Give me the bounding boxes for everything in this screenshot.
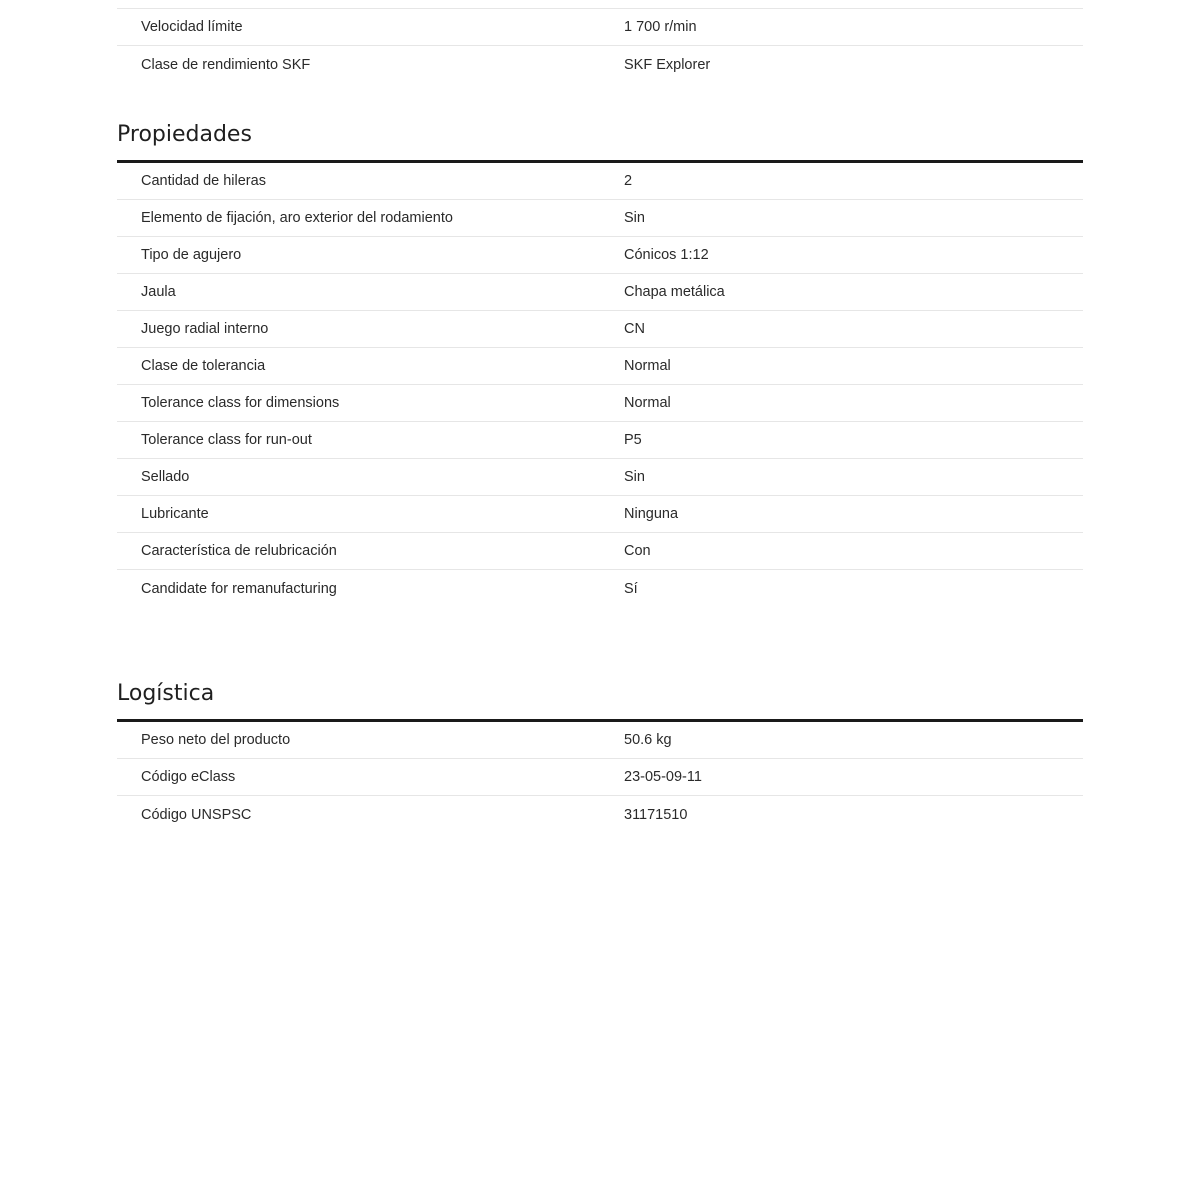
spec-label: Característica de relubricación bbox=[117, 543, 624, 559]
spec-label: Clase de rendimiento SKF bbox=[117, 57, 624, 73]
table-row: Peso neto del producto 50.6 kg bbox=[117, 722, 1083, 759]
spec-label: Tolerance class for run-out bbox=[117, 432, 624, 448]
spec-value: CN bbox=[624, 321, 1083, 337]
spec-value: SKF Explorer bbox=[624, 57, 1083, 73]
spec-label: Candidate for remanufacturing bbox=[117, 581, 624, 597]
section-title-logistica: Logística bbox=[117, 681, 214, 706]
table-row: Clase de rendimiento SKF SKF Explorer bbox=[117, 46, 1083, 83]
table-row: Tolerance class for dimensions Normal bbox=[117, 385, 1083, 422]
table-row: Característica de relubricación Con bbox=[117, 533, 1083, 570]
spec-value: Sin bbox=[624, 469, 1083, 485]
spec-value: 31171510 bbox=[624, 807, 1083, 823]
spec-label: Jaula bbox=[117, 284, 624, 300]
spec-value: Sin bbox=[624, 210, 1083, 226]
spec-value: Sí bbox=[624, 581, 1083, 597]
spec-label: Clase de tolerancia bbox=[117, 358, 624, 374]
table-row: Clase de tolerancia Normal bbox=[117, 348, 1083, 385]
table-row: Tipo de agujero Cónicos 1:12 bbox=[117, 237, 1083, 274]
spec-value: 1 700 r/min bbox=[624, 19, 1083, 35]
table-row: Cantidad de hileras 2 bbox=[117, 163, 1083, 200]
table-row: Código eClass 23-05-09-11 bbox=[117, 759, 1083, 796]
table-row: Juego radial interno CN bbox=[117, 311, 1083, 348]
spec-value: Cónicos 1:12 bbox=[624, 247, 1083, 263]
spec-label: Cantidad de hileras bbox=[117, 173, 624, 189]
spec-label: Código UNSPSC bbox=[117, 807, 624, 823]
spec-label: Tipo de agujero bbox=[117, 247, 624, 263]
spec-value: Chapa metálica bbox=[624, 284, 1083, 300]
spec-value: 50.6 kg bbox=[624, 732, 1083, 748]
spec-label: Velocidad límite bbox=[117, 19, 624, 35]
spec-value: Normal bbox=[624, 358, 1083, 374]
table-row: Sellado Sin bbox=[117, 459, 1083, 496]
spec-label: Lubricante bbox=[117, 506, 624, 522]
table-row: Tolerance class for run-out P5 bbox=[117, 422, 1083, 459]
spec-value: Con bbox=[624, 543, 1083, 559]
table-row: Jaula Chapa metálica bbox=[117, 274, 1083, 311]
table-row: Lubricante Ninguna bbox=[117, 496, 1083, 533]
spec-value: Normal bbox=[624, 395, 1083, 411]
table-row: Candidate for remanufacturing Sí bbox=[117, 570, 1083, 607]
spec-label: Tolerance class for dimensions bbox=[117, 395, 624, 411]
section-title-propiedades: Propiedades bbox=[117, 122, 252, 147]
spec-label: Peso neto del producto bbox=[117, 732, 624, 748]
spec-value: 23-05-09-11 bbox=[624, 769, 1083, 785]
spec-value: 2 bbox=[624, 173, 1083, 189]
performance-table: Velocidad límite 1 700 r/min Clase de re… bbox=[117, 8, 1083, 83]
logistica-table: Peso neto del producto 50.6 kg Código eC… bbox=[117, 722, 1083, 833]
table-row: Elemento de fijación, aro exterior del r… bbox=[117, 200, 1083, 237]
spec-label: Sellado bbox=[117, 469, 624, 485]
spec-value: P5 bbox=[624, 432, 1083, 448]
propiedades-table: Cantidad de hileras 2 Elemento de fijaci… bbox=[117, 163, 1083, 607]
spec-label: Elemento de fijación, aro exterior del r… bbox=[117, 210, 624, 226]
table-row: Código UNSPSC 31171510 bbox=[117, 796, 1083, 833]
table-row: Velocidad límite 1 700 r/min bbox=[117, 9, 1083, 46]
spec-value: Ninguna bbox=[624, 506, 1083, 522]
spec-label: Código eClass bbox=[117, 769, 624, 785]
spec-label: Juego radial interno bbox=[117, 321, 624, 337]
